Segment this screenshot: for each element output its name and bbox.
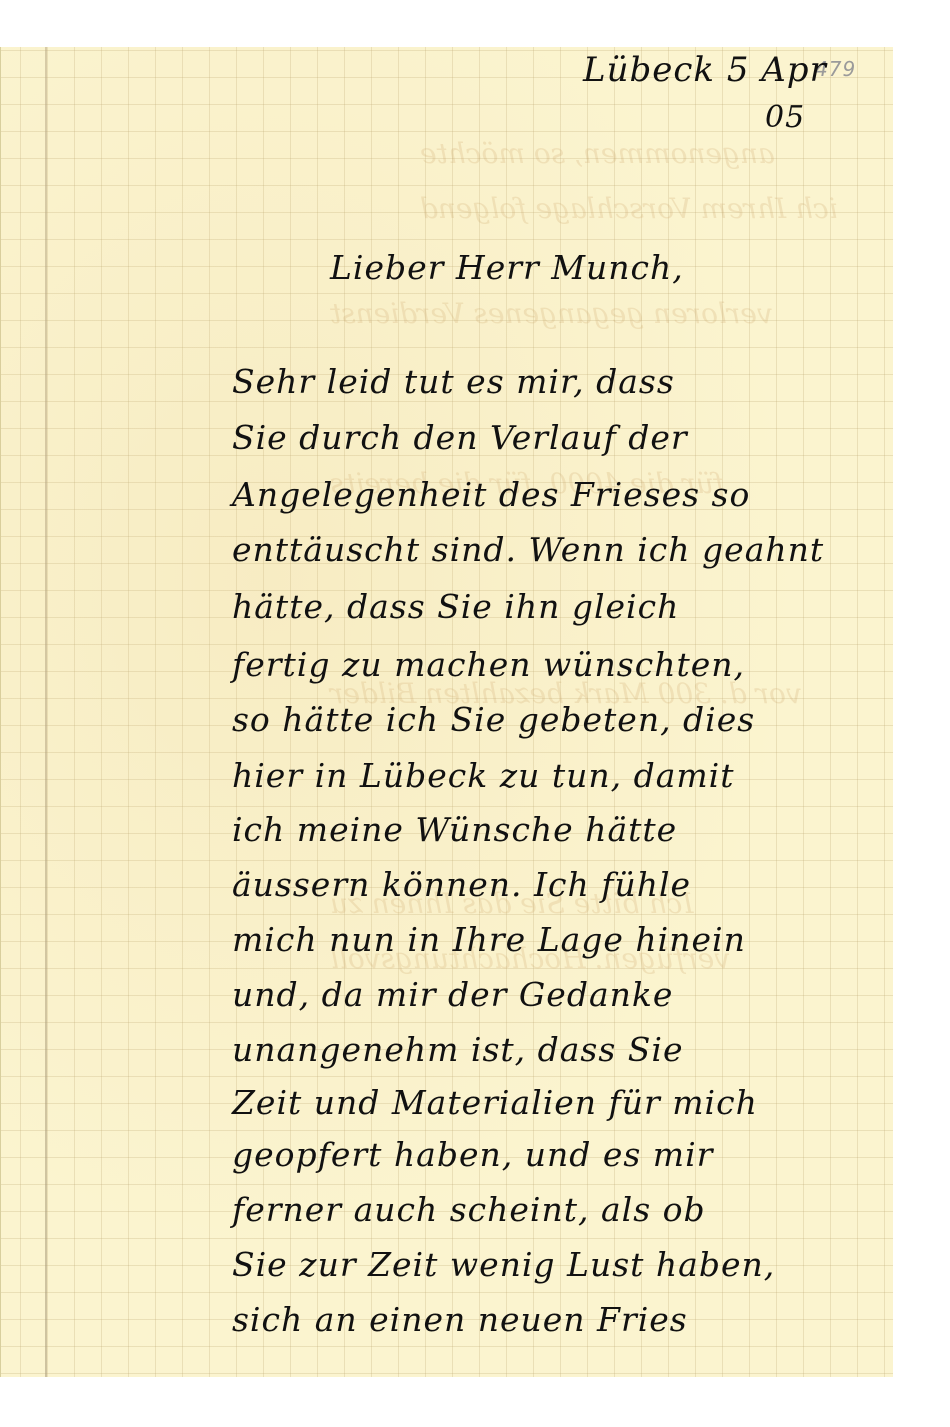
letter-line: so hätte ich Sie gebeten, dies bbox=[232, 700, 755, 739]
letter-line: äussern können. Ich fühle bbox=[232, 865, 691, 904]
letter-line: Sehr leid tut es mir, dass bbox=[232, 362, 675, 401]
letter-line: ich meine Wünsche hätte bbox=[232, 810, 677, 849]
letter-salutation: Lieber Herr Munch, bbox=[330, 248, 684, 287]
letter-year: 05 bbox=[765, 100, 805, 135]
letter-line: Angelegenheit des Frieses so bbox=[232, 475, 750, 514]
letter-line: hier in Lübeck zu tun, damit bbox=[232, 756, 734, 795]
letter-line: fertig zu machen wünschten, bbox=[232, 645, 745, 684]
letter-line: geopfert haben, und es mir bbox=[232, 1135, 713, 1174]
letter-line: hätte, dass Sie ihn gleich bbox=[232, 587, 679, 626]
letter-line: Sie durch den Verlauf der bbox=[232, 418, 688, 457]
page-fold-line bbox=[45, 47, 47, 1377]
letter-line: unangenehm ist, dass Sie bbox=[232, 1030, 684, 1069]
show-through-text: ich Ihrem Vorschlage folgend bbox=[420, 192, 838, 225]
letter-line: enttäuscht sind. Wenn ich geahnt bbox=[232, 530, 824, 569]
letter-line: Sie zur Zeit wenig Lust haben, bbox=[232, 1245, 775, 1284]
letter-line: und, da mir der Gedanke bbox=[232, 975, 673, 1014]
letter-line: mich nun in Ihre Lage hinein bbox=[232, 920, 746, 959]
show-through-text: angenommen, so möchte bbox=[420, 137, 775, 170]
letter-line: ferner auch scheint, als ob bbox=[232, 1190, 706, 1229]
letter-line: sich an einen neuen Fries bbox=[232, 1300, 688, 1339]
show-through-text: verloren gegangenes Verdienst bbox=[330, 297, 773, 330]
letter-place-date: Lübeck 5 Apr bbox=[583, 50, 827, 90]
letter-line: Zeit und Materialien für mich bbox=[232, 1083, 758, 1122]
